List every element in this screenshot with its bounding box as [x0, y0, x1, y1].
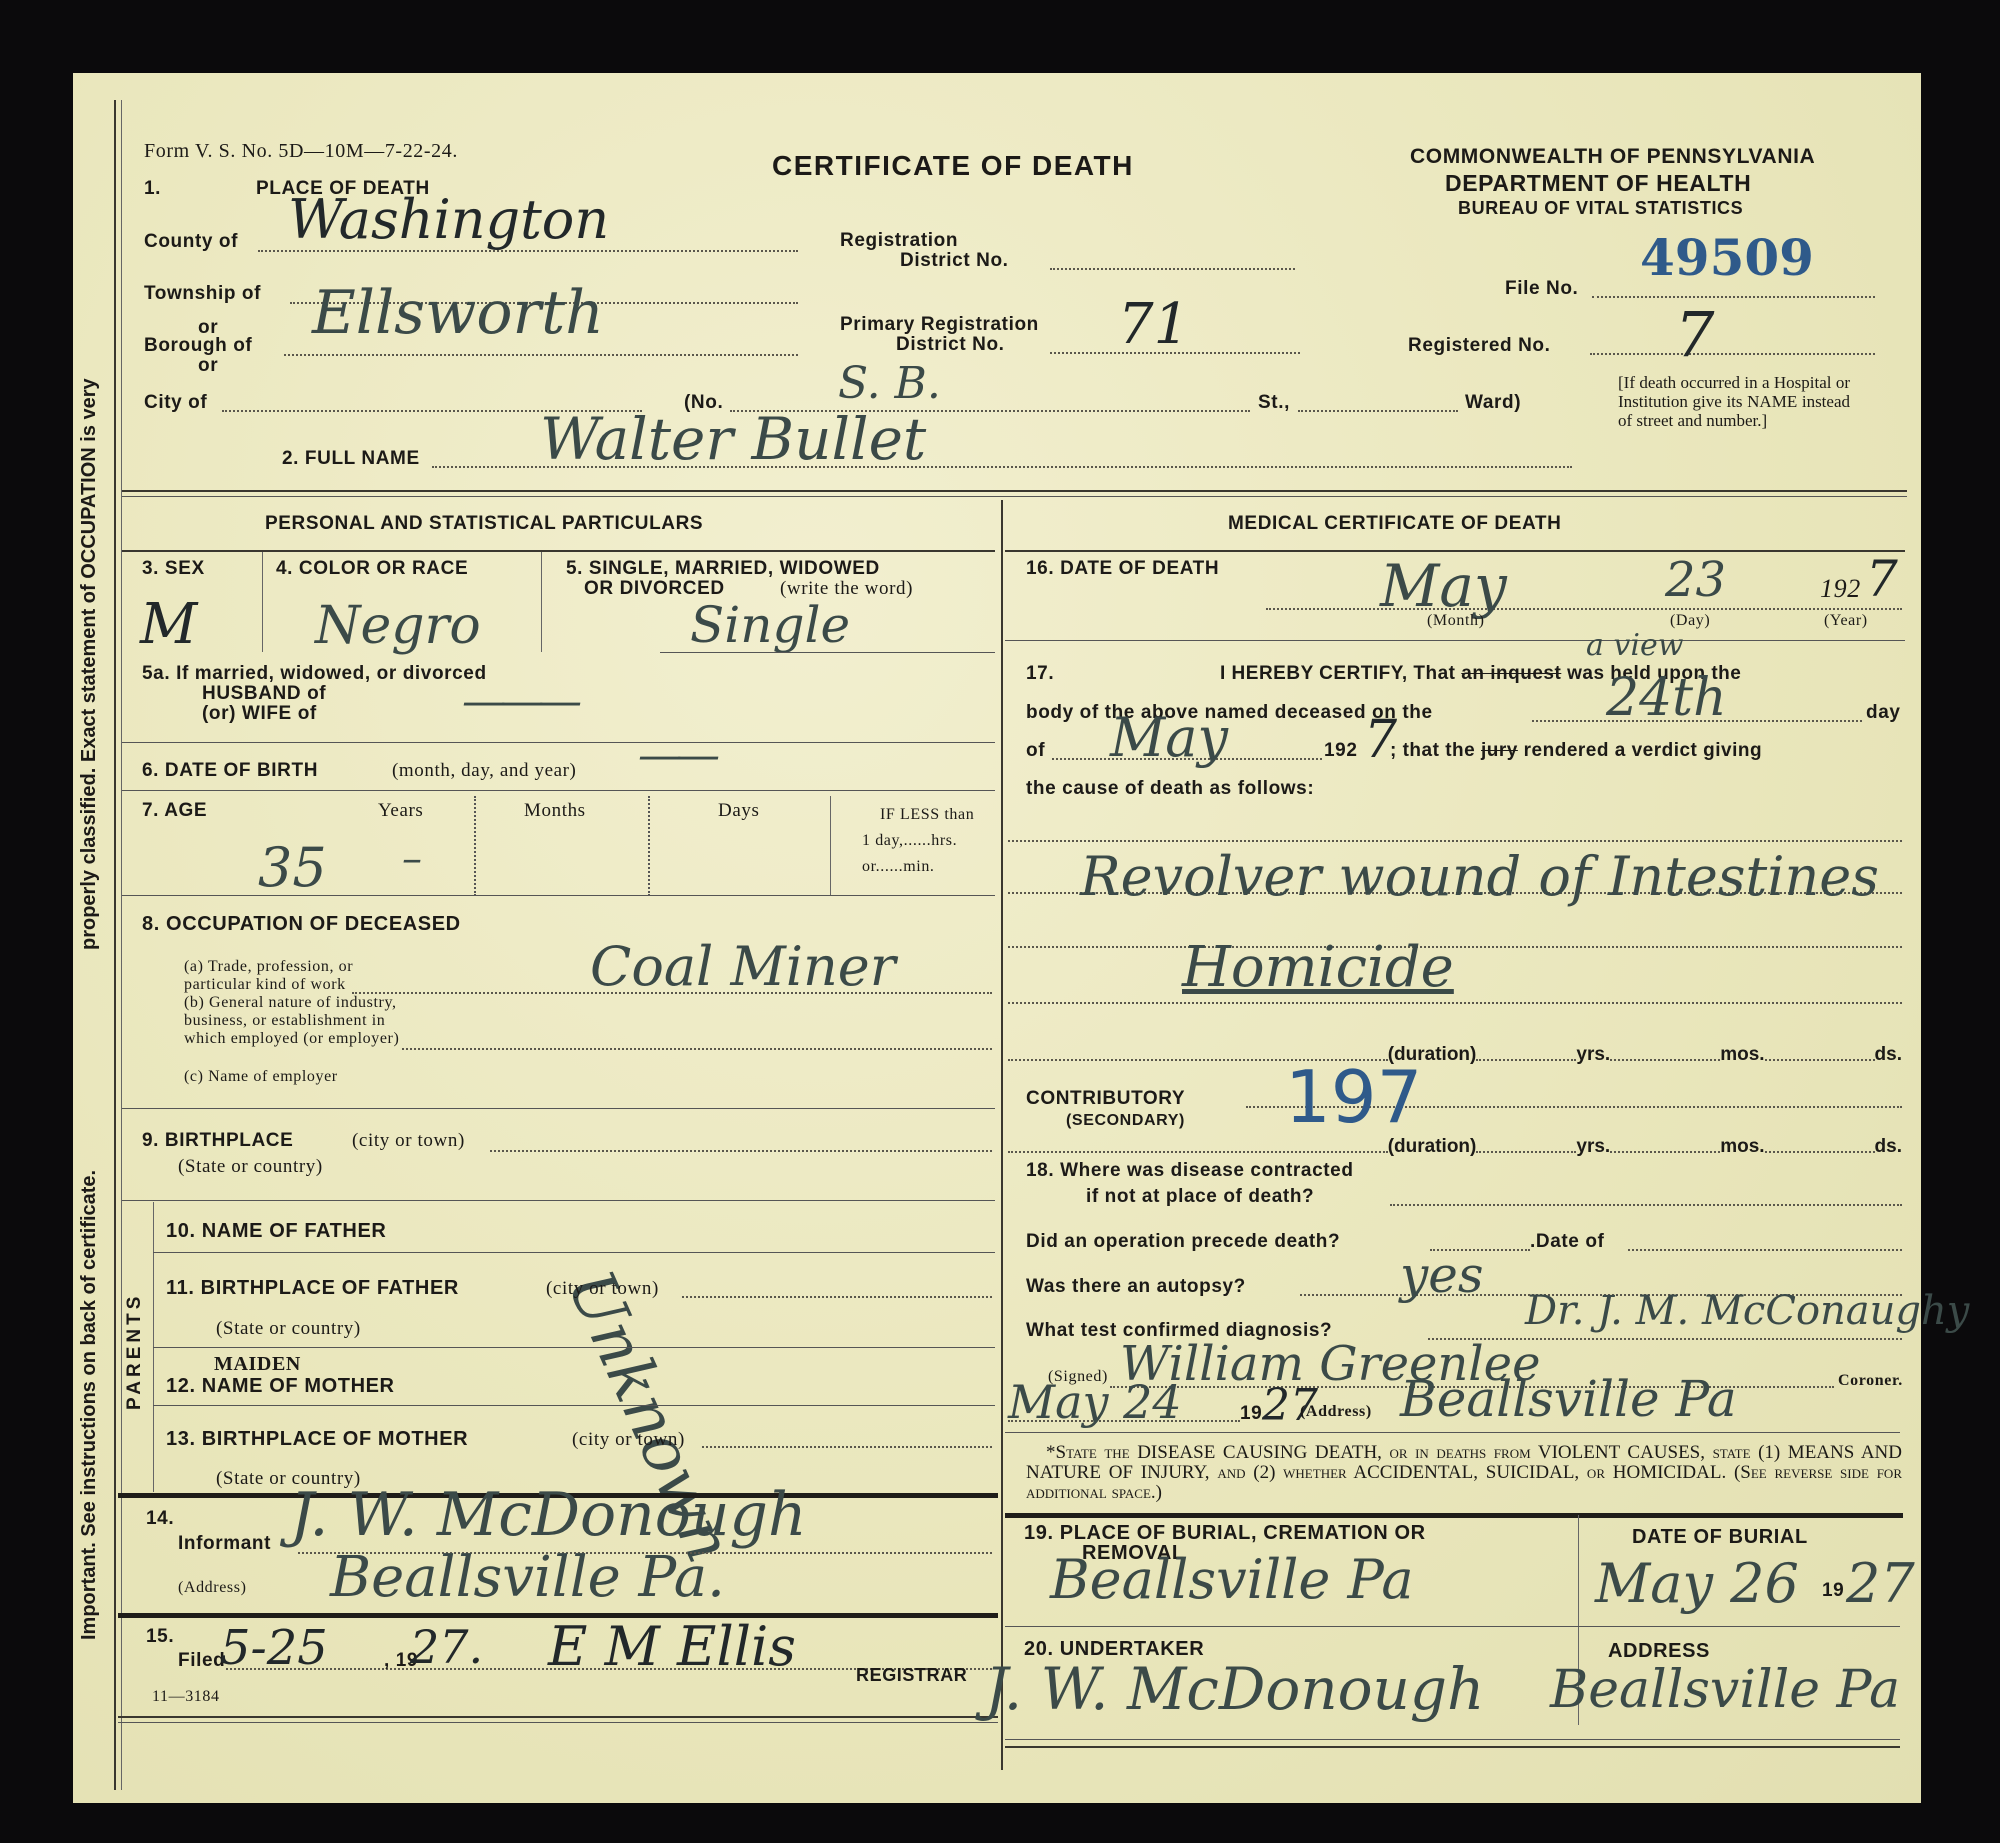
birthplace-label: 9. BIRTHPLACE [142, 1130, 293, 1152]
autopsy-value: yes [1400, 1246, 1484, 1304]
burial-place-value: Beallsville Pa [1050, 1548, 1414, 1611]
divider [122, 1108, 995, 1109]
struck-text: jury [1481, 740, 1518, 761]
informant-label: Informant [178, 1533, 271, 1555]
borough-label: Borough of [144, 335, 252, 357]
print-code: 11—3184 [152, 1688, 220, 1706]
age-less-label: IF LESS than [880, 806, 974, 824]
birthplace-state: (State or country) [178, 1156, 323, 1178]
divider [122, 1200, 995, 1201]
registered-no-value: 7 [1675, 298, 1714, 371]
divider [118, 1716, 998, 1718]
cell-divider [541, 552, 542, 652]
test-value: Dr. J. M. McConaughy [1525, 1288, 1969, 1334]
contributory-label: CONTRIBUTORY [1026, 1088, 1185, 1110]
mother-birthplace-hint: (city or town) [572, 1429, 685, 1451]
personal-section-title: PERSONAL AND STATISTICAL PARTICULARS [265, 513, 703, 535]
marital-value: Single [690, 596, 850, 654]
cause-line1: Revolver wound of Intestines [1080, 845, 1879, 908]
father-birthplace-label: 11. BIRTHPLACE OF FATHER [166, 1277, 459, 1300]
operation-label: Did an operation precede death? [1026, 1231, 1340, 1253]
primary-reg-label: District No. [896, 334, 1005, 356]
burial-year-value: 27 [1846, 1552, 1915, 1615]
certify-line4: the cause of death as follows: [1026, 778, 1314, 800]
certify-line3: ; that the jury rendered a verdict givin… [1390, 740, 1762, 762]
father-name-label: 10. NAME OF FATHER [166, 1220, 386, 1243]
borough-value: Ellsworth [312, 278, 604, 348]
township-label: Township of [144, 283, 261, 305]
certify-day-value: 24th [1606, 668, 1727, 728]
divider [122, 490, 1907, 492]
divider [118, 1722, 998, 1723]
form-number: Form V. S. No. 5D—10M—7-22-24. [144, 140, 458, 163]
reg-district-label: District No. [900, 250, 1009, 272]
filed-date-value: 5-25 [220, 1620, 328, 1676]
mother-birthplace-line [702, 1446, 992, 1448]
yrs-label: yrs. [1576, 1044, 1610, 1066]
occ-b-label: which employed (or employer) [184, 1030, 399, 1048]
burial-date-label: DATE OF BURIAL [1632, 1526, 1808, 1549]
mos-label: mos. [1720, 1044, 1764, 1066]
certify-year-prefix: 192 [1324, 740, 1358, 762]
dod-month: May [1380, 552, 1507, 620]
page-title: CERTIFICATE OF DEATH [772, 150, 1134, 182]
informant-address-label: (Address) [178, 1579, 247, 1597]
birthplace-line [490, 1150, 992, 1152]
year-label: (Year) [1824, 612, 1868, 630]
cell-divider [648, 796, 650, 896]
divider [1005, 1513, 1903, 1518]
column-divider [1001, 500, 1003, 1770]
street-label: St., [1258, 392, 1290, 414]
divider [122, 550, 995, 552]
cause-line [1008, 946, 1902, 948]
divider [1005, 1739, 1900, 1740]
cell-divider [262, 552, 263, 652]
ds-label: ds. [1875, 1044, 1902, 1066]
certify-month-value: May [1110, 706, 1228, 769]
undertaker-address-value: Beallsville Pa [1550, 1660, 1900, 1720]
reg-district-line [1050, 268, 1295, 270]
dod-year-suffix: 7 [1866, 550, 1898, 608]
certify-day-label: day [1866, 702, 1901, 724]
divider [1005, 1432, 1900, 1433]
coroner-label: Coroner. [1838, 1372, 1903, 1390]
item1-number: 1. [144, 178, 161, 200]
occ-b-label: (b) General nature of industry, [184, 994, 397, 1012]
filed-label: Filed [178, 1650, 225, 1672]
margin-rule [121, 100, 122, 1790]
county-label: County of [144, 231, 238, 253]
mother-maiden-label: MAIDEN [214, 1353, 301, 1376]
sex-value: M [140, 592, 197, 657]
spouse-label: HUSBAND of [202, 683, 326, 705]
dod-line [1266, 608, 1902, 610]
divider [1005, 1746, 1900, 1748]
father-birthplace-hint: (city or town) [546, 1278, 659, 1300]
spouse-label: (or) WIFE of [202, 703, 317, 725]
divider [153, 1405, 995, 1406]
dod-label: 16. DATE OF DEATH [1026, 558, 1219, 580]
informant-value: J. W. McDonough [290, 1480, 807, 1550]
age-months-label: Months [524, 800, 586, 822]
certify-text: rendered a verdict giving [1524, 740, 1762, 761]
age-less-label: 1 day,......hrs. [862, 832, 957, 850]
mother-birthplace-label: 13. BIRTHPLACE OF MOTHER [166, 1428, 468, 1451]
filed-number: 15. [146, 1626, 174, 1648]
file-number-stamp: 49509 [1640, 228, 1814, 287]
signed-date-value: May 24 [1008, 1375, 1182, 1429]
divider [122, 742, 995, 743]
certify-text: I HEREBY CERTIFY, That [1220, 663, 1456, 684]
reg-district-label: Registration [840, 230, 958, 252]
occupation-label: 8. OCCUPATION OF DECEASED [142, 913, 461, 936]
yrs-label: yrs. [1576, 1136, 1610, 1158]
item17-number: 17. [1026, 663, 1054, 685]
occ-b-label: business, or establishment in [184, 1012, 385, 1030]
duration-row-primary: (duration) yrs. mos. ds. [1008, 1044, 1902, 1066]
sex-label: 3. SEX [142, 558, 205, 580]
age-less-label: or......min. [862, 858, 935, 876]
divider [122, 790, 995, 791]
occ-b-line [402, 1048, 992, 1050]
father-birthplace-line [682, 1296, 992, 1298]
certify-text: ; that the [1390, 740, 1475, 761]
mother-name-label: 12. NAME OF MOTHER [166, 1375, 395, 1398]
secondary-label: (SECONDARY) [1066, 1112, 1185, 1130]
primary-reg-value: 71 [1118, 292, 1189, 357]
certify-of: of [1026, 740, 1045, 762]
age-label: 7. AGE [142, 800, 207, 822]
autopsy-label: Was there an autopsy? [1026, 1276, 1246, 1298]
ds-label: ds. [1875, 1136, 1902, 1158]
signed-address-label: (Address) [1300, 1403, 1372, 1421]
registered-no-line [1590, 353, 1875, 355]
city-label: City of [144, 392, 207, 414]
race-label: 4. COLOR OR RACE [276, 558, 468, 580]
burial-date-value: May 26 [1595, 1552, 1799, 1615]
dob-value: —— [638, 730, 714, 781]
dob-label: 6. DATE OF BIRTH [142, 760, 318, 782]
issuer-line2: DEPARTMENT OF HEALTH [1445, 170, 1751, 197]
spouse-label: 5a. If married, widowed, or divorced [142, 663, 487, 685]
hospital-note: [If death occurred in a Hospital or Inst… [1618, 373, 1850, 430]
occ-a-value: Coal Miner [590, 935, 896, 998]
occ-a-label: (a) Trade, profession, or [184, 958, 353, 976]
age-years-value: 35 [258, 836, 327, 899]
street-no-value: S. B. [838, 358, 941, 409]
registered-no-label: Registered No. [1408, 335, 1551, 357]
divider [122, 496, 1907, 497]
duration-label: (duration) [1388, 1136, 1477, 1158]
struck-text: an inquest [1461, 663, 1561, 684]
full-name-value: Walter Bullet [540, 405, 926, 473]
file-no-line [1592, 296, 1875, 298]
age-months-value: – [402, 836, 422, 882]
dod-day: 23 [1665, 552, 1726, 608]
cell-divider [474, 796, 476, 896]
dod-year-prefix: 192 [1820, 574, 1861, 604]
item18-line [1390, 1204, 1902, 1206]
month-label: (Month) [1427, 612, 1485, 630]
father-state: (State or country) [216, 1318, 361, 1340]
parents-label: PARENTS [124, 1293, 146, 1410]
cell-divider [830, 796, 831, 896]
marital-label: 5. SINGLE, MARRIED, WIDOWED [566, 558, 880, 580]
cause-line2: Homicide [1182, 935, 1454, 1000]
age-days-label: Days [718, 800, 759, 822]
signed-year-prefix: 19 [1240, 1403, 1262, 1425]
file-no-label: File No. [1505, 278, 1578, 300]
birthplace-hint: (city or town) [352, 1130, 465, 1152]
duration-row-secondary: (duration) yrs. mos. ds. [1008, 1136, 1902, 1158]
medical-section-title: MEDICAL CERTIFICATE OF DEATH [1228, 513, 1561, 535]
full-name-label: 2. FULL NAME [282, 448, 420, 470]
primary-reg-label: Primary Registration [840, 314, 1039, 336]
or-label: or [198, 355, 218, 377]
ward-label: Ward) [1465, 392, 1521, 414]
borough-line [284, 354, 798, 356]
margin-rule [114, 100, 116, 1790]
cause-line [1008, 1002, 1902, 1004]
race-value: Negro [315, 596, 481, 656]
contributory-code: 197 [1285, 1055, 1422, 1139]
divider [153, 1252, 995, 1253]
cause-line [1008, 840, 1902, 842]
informant-number: 14. [146, 1508, 174, 1530]
occ-a-label: particular kind of work [184, 976, 346, 994]
burial-year-prefix: 19 [1822, 1580, 1844, 1602]
signed-address-value: Beallsville Pa [1400, 1370, 1737, 1428]
filed-year-value: 27. [410, 1620, 483, 1674]
certify-insert: a view [1586, 628, 1683, 663]
age-years-label: Years [378, 800, 423, 822]
item18-label: 18. Where was disease contracted [1026, 1160, 1354, 1182]
footnote: *State the DISEASE CAUSING DEATH, or in … [1026, 1443, 1902, 1503]
mos-label: mos. [1720, 1136, 1764, 1158]
informant-address-value: Beallsville Pa. [330, 1545, 725, 1610]
divider [1005, 640, 1905, 641]
operation-date-label: .Date of [1530, 1231, 1604, 1253]
dob-hint: (month, day, and year) [392, 760, 577, 782]
undertaker-value: J. W. McDonough [985, 1655, 1484, 1723]
item18-label: if not at place of death? [1086, 1186, 1314, 1208]
registrar-value: E M Ellis [548, 1615, 796, 1678]
divider [660, 652, 995, 653]
occ-c-label: (c) Name of employer [184, 1068, 338, 1086]
side-note-bottom: Important. See instructions on back of c… [78, 1170, 101, 1640]
spouse-value: ——— [462, 676, 576, 727]
county-value: Washington [288, 188, 609, 251]
divider [1005, 1626, 1900, 1627]
issuer-line3: BUREAU OF VITAL STATISTICS [1458, 198, 1743, 219]
ward-line [1298, 410, 1458, 412]
side-note-top: properly classified. Exact statement of … [78, 378, 101, 950]
operation-date-line [1628, 1249, 1902, 1251]
divider [153, 1347, 995, 1348]
divider [122, 895, 995, 896]
issuer-line1: COMMONWEALTH OF PENNSYLVANIA [1410, 145, 1815, 169]
registrar-label: REGISTRAR [856, 1665, 967, 1686]
